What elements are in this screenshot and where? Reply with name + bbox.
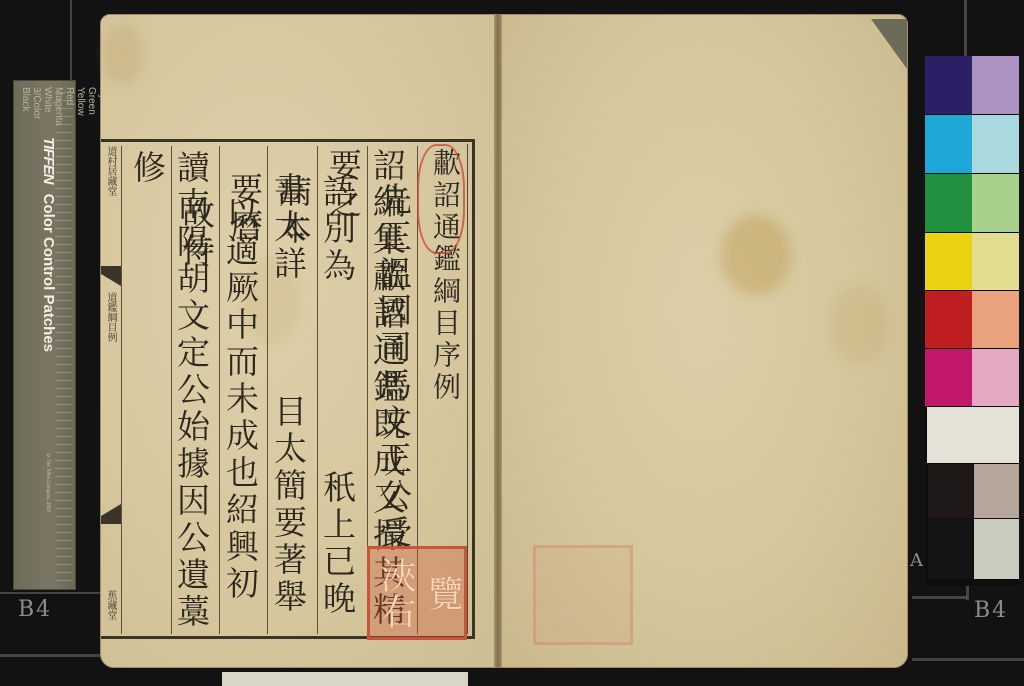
grid-label-b4-right: B4 — [974, 598, 1008, 623]
patch-r5-left — [925, 291, 972, 348]
patch-r2-right — [972, 115, 1019, 173]
stand-grid-line — [912, 658, 1024, 661]
printed-text-frame: 道村居藏堂 道鑑綱目例 蕉藏堂 讀南陽胡文定公始據因公遺藁修 以適厥中而未成也紹… — [101, 139, 475, 639]
color-checker-card — [925, 56, 1019, 586]
stand-grid-line — [964, 0, 967, 56]
label-red: Red — [64, 87, 75, 587]
label-black: Black — [20, 87, 31, 587]
paper-stain — [721, 215, 791, 295]
patch-white — [927, 407, 1019, 463]
patch-r6-left — [925, 349, 972, 406]
stand-grid-line — [912, 596, 967, 599]
tiffen-logo: TIFFEN — [40, 137, 57, 184]
oval-collector-seal — [417, 144, 465, 254]
margin-caption-bottom: 蕉藏堂 — [103, 590, 118, 620]
grid-label-b4-left: B4 — [18, 597, 52, 622]
paper-stain — [103, 25, 143, 85]
folded-corner — [871, 19, 907, 69]
stand-grid-line — [0, 592, 100, 594]
patch-r2-left — [925, 115, 972, 173]
tiffen-title: TIFFEN Color Control Patches — [40, 137, 57, 352]
tiffen-color-control-strip: Blue Cyan Green Yellow Red Magenta White… — [13, 80, 76, 590]
patch-r9-right — [974, 519, 1019, 579]
patch-r4-left — [925, 233, 972, 290]
label-green: Green — [86, 87, 97, 587]
patch-r9-left — [928, 519, 973, 579]
left-page: 道村居藏堂 道鑑綱目例 蕉藏堂 讀南陽胡文定公始據因公遺藁修 以適厥中而未成也紹… — [100, 14, 498, 668]
text-column-2: 先正溫國司馬文正公受 — [371, 182, 415, 552]
patch-r5-right — [972, 291, 1019, 348]
tiffen-subtitle: Color Control Patches — [40, 194, 57, 352]
tiffen-copyright: © The Tiffen Company, 2007 — [46, 453, 51, 512]
paper-stain — [829, 285, 889, 365]
margin-caption-mid: 道鑑綱目例 — [103, 292, 118, 342]
patch-r1-left — [925, 56, 972, 114]
patch-r3-right — [972, 174, 1019, 232]
book-gutter — [494, 14, 502, 668]
stand-grid-line — [0, 654, 100, 657]
right-page — [498, 14, 908, 668]
margin-caption-top: 道村居藏堂 — [103, 146, 118, 196]
patch-r1-right — [972, 56, 1019, 114]
patch-r8-left — [928, 464, 973, 518]
square-collector-seal: 浹右 覽 — [367, 546, 467, 640]
stand-grid-line — [966, 586, 969, 600]
open-book: 道村居藏堂 道鑑綱目例 蕉藏堂 讀南陽胡文定公始據因公遺藁修 以適厥中而未成也紹… — [100, 10, 912, 672]
label-yellow: Yellow — [75, 87, 86, 587]
patch-r3-left — [925, 174, 972, 232]
patch-r4-right — [972, 233, 1019, 290]
stand-grid-line — [70, 0, 72, 80]
patch-r6-right — [972, 349, 1019, 406]
patch-r8-right — [974, 464, 1019, 518]
underlying-sheet — [222, 672, 468, 686]
faint-seal-offset — [533, 545, 633, 645]
